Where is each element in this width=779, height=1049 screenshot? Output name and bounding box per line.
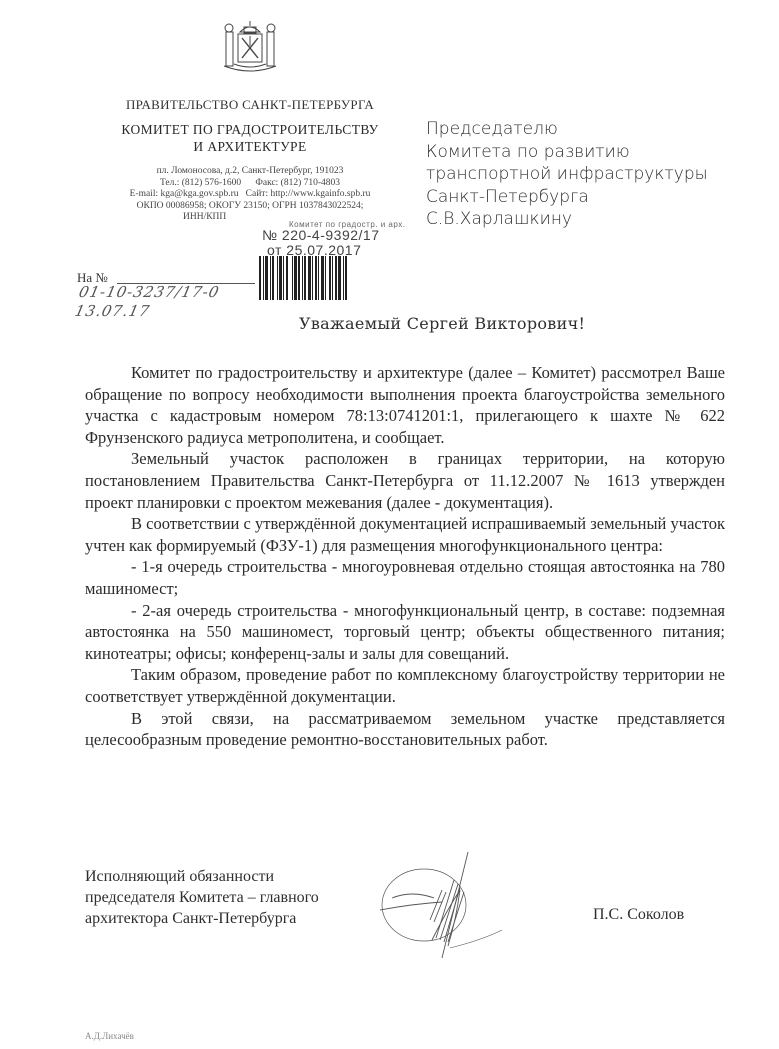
committee-name-line2: И АРХИТЕКТУРЕ — [95, 138, 405, 155]
address: пл. Ломоносова, д.2, Санкт-Петербург, 19… — [95, 166, 405, 178]
body-paragraph: Комитет по градостроительству и архитект… — [85, 362, 725, 448]
body-paragraph: В соответствии с утверждённой документац… — [85, 513, 725, 556]
recipient-line: транспортной инфраструктуры — [426, 163, 708, 186]
recipient-line: Санкт-Петербурга — [426, 186, 708, 209]
phone-fax: Тел.: (812) 576-1600 Факс: (812) 710-480… — [95, 178, 405, 190]
recipient-line: Председателю — [426, 118, 708, 141]
coat-of-arms-icon — [218, 18, 282, 76]
signatory-name: П.С. Соколов — [593, 906, 684, 924]
handwritten-signature-icon — [372, 850, 512, 960]
reference-handwritten: 01-10-3237/17-0 13.07.17 — [73, 283, 221, 321]
salutation: Уважаемый Сергей Викторович! — [299, 314, 585, 333]
reference-number: 01-10-3237/17-0 — [77, 283, 221, 302]
reference-date: 13.07.17 — [73, 302, 217, 321]
signatory-title-line: Исполняющий обязанности — [85, 866, 319, 887]
body-paragraph: Земельный участок расположен в границах … — [85, 448, 725, 513]
body-paragraph: Таким образом, проведение работ по компл… — [85, 664, 725, 707]
letter-body: Комитет по градостроительству и архитект… — [85, 362, 725, 751]
signatory-title: Исполняющий обязанности председателя Ком… — [85, 866, 319, 929]
government-name: ПРАВИТЕЛЬСТВО САНКТ-ПЕТЕРБУРГА — [95, 97, 405, 113]
signatory-title-line: архитектора Санкт-Петербурга — [85, 908, 319, 929]
contact-details: пл. Ломоносова, д.2, Санкт-Петербург, 19… — [95, 166, 405, 224]
registry-codes: ОКПО 00086958; ОКОГУ 23150; ОГРН 1037843… — [95, 201, 405, 213]
barcode — [259, 256, 369, 300]
committee-name: КОМИТЕТ ПО ГРАДОСТРОИТЕЛЬСТВУ И АРХИТЕКТ… — [95, 121, 405, 155]
recipient-block: Председателю Комитета по развитию трансп… — [426, 118, 708, 231]
committee-name-line1: КОМИТЕТ ПО ГРАДОСТРОИТЕЛЬСТВУ — [95, 121, 405, 138]
registration-number: № 220-4-9392/17 — [262, 227, 379, 243]
signatory-title-line: председателя Комитета – главного — [85, 887, 319, 908]
recipient-name: С.В.Харлашкину — [426, 208, 708, 231]
recipient-line: Комитета по развитию — [426, 141, 708, 164]
body-list-item: - 2-ая очередь строительства - многофунк… — [85, 600, 725, 665]
email-website: E-mail: kga@kga.gov.spb.ru Сайт: http://… — [95, 189, 405, 201]
executor-name: А.Д.Лихачёв — [85, 1031, 134, 1041]
body-paragraph: В этой связи, на рассматриваемом земельн… — [85, 708, 725, 751]
body-list-item: - 1-я очередь строительства - многоуровн… — [85, 556, 725, 599]
